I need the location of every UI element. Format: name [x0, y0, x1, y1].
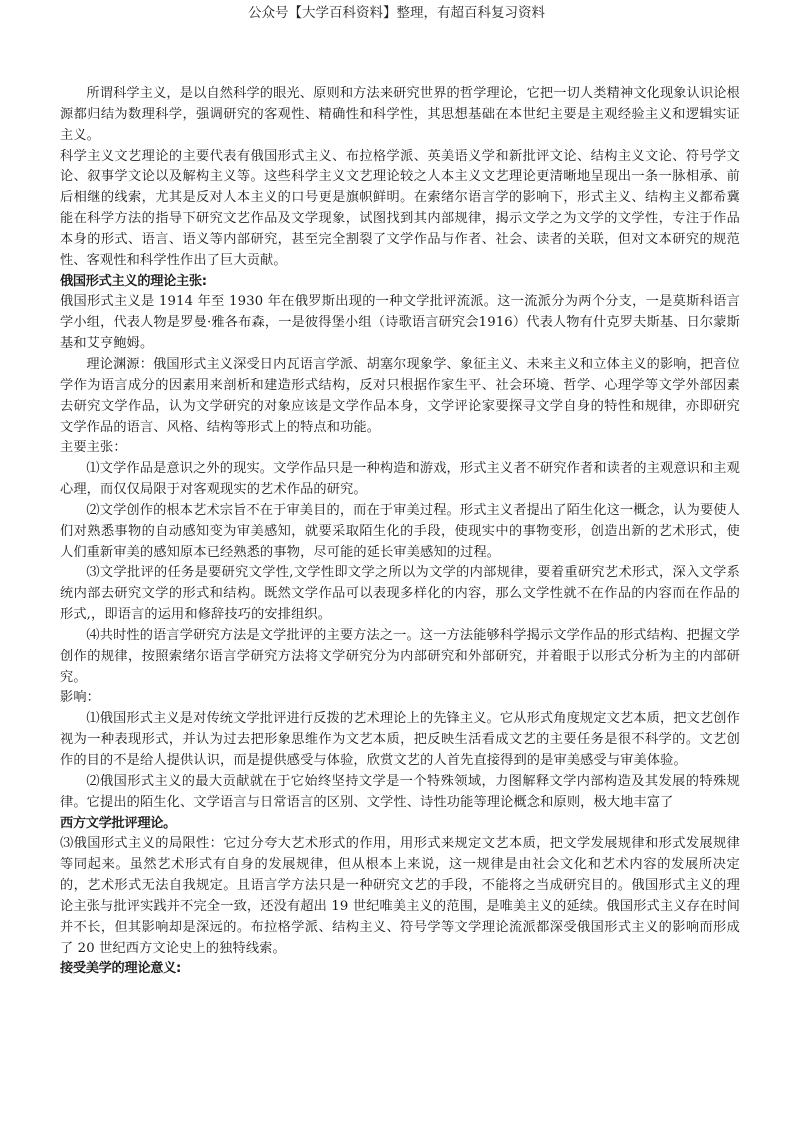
bold-continuation-western-criticism: 西方文学批评理论。 [60, 814, 740, 835]
label-influence: 影响： [60, 688, 740, 709]
section-heading-reception-aesthetics: 接受美学的理论意义: [60, 959, 740, 980]
label-main-claims: 主要主张： [60, 438, 740, 459]
influence-item-3-limitations: ⑶俄国形式主义的局限性：它过分夸大艺术形式的作用，用形式来规定文艺本质，把文学发… [60, 834, 740, 959]
section-heading-russian-formalism: 俄国形式主义的理论主张: [60, 272, 740, 293]
paragraph-scientism-representatives: 科学主义文艺理论的主要代表有俄国形式主义、布拉格学派、英美语义学和新批评文论、结… [60, 147, 740, 272]
claim-item-3: ⑶文学批评的任务是要研究文学性,文学性即文学之所以为文学的内部规律，要着重研究艺… [60, 563, 740, 626]
claim-item-2: ⑵文学创作的根本艺术宗旨不在于审美目的，而在于审美过程。形式主义者提出了陌生化这… [60, 501, 740, 564]
document-body: 所谓科学主义，是以自然科学的眼光、原则和方法来研究世界的哲学理论，它把一切人类精… [60, 84, 740, 980]
influence-item-2: ⑵俄国形式主义的最大贡献就在于它始终坚持文学是一个特殊领域，力图解释文学内部构造… [60, 772, 740, 814]
claim-item-1: ⑴文学作品是意识之外的现实。文学作品只是一种构造和游戏，形式主义者不研究作者和读… [60, 459, 740, 501]
paragraph-scientism-definition: 所谓科学主义，是以自然科学的眼光、原则和方法来研究世界的哲学理论，它把一切人类精… [60, 84, 740, 147]
claim-item-4: ⑷共时性的语言学研究方法是文学批评的主要方法之一。这一方法能够科学揭示文学作品的… [60, 626, 740, 689]
paragraph-theoretical-origins: 理论渊源：俄国形式主义深受日内瓦语言学派、胡塞尔现象学、象征主义、未来主义和立体… [60, 355, 740, 438]
paragraph-formalism-intro: 俄国形式主义是 1914 年至 1930 年在俄罗斯出现的一种文学批评流派。这一… [60, 292, 740, 355]
page-header: 公众号【大学百科资料】整理，有超百科复习资料 [0, 4, 793, 22]
influence-item-1: ⑴俄国形式主义是对传统文学批评进行反拨的艺术理论上的先锋主义。它从形式角度规定文… [60, 709, 740, 772]
